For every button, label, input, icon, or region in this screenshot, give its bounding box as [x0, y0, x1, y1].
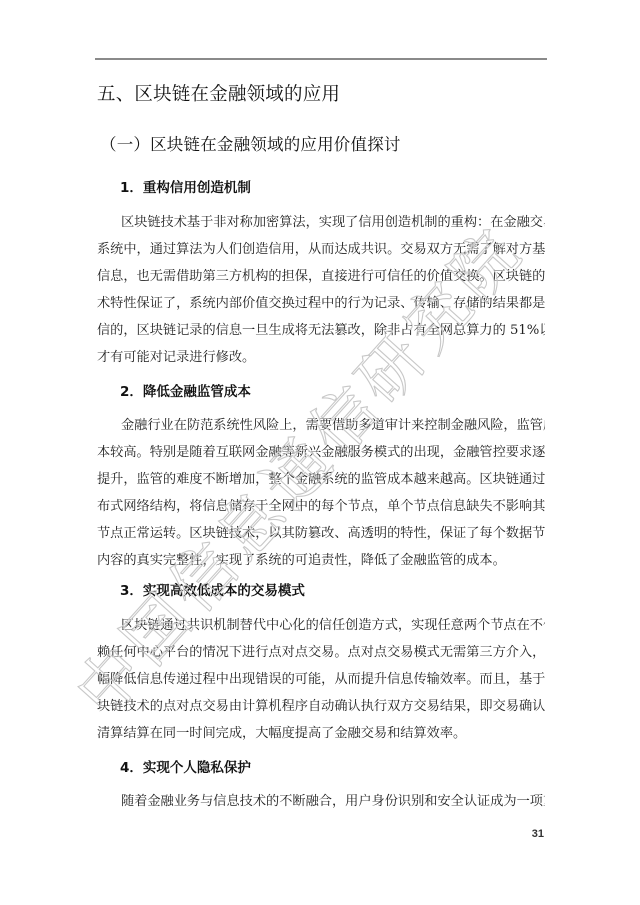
document-page: 五、区块链在金融领域的应用 （一）区块链在金融领域的应用价值探讨 1．重构信用创…	[0, 0, 640, 905]
page-number: 31	[532, 828, 544, 840]
paragraph-line: 块链技术的点对点交易由计算机程序自动确认执行双方交易结果，即交易确认和	[97, 693, 545, 720]
paragraph-1: 区块链技术基于非对称加密算法，实现了信用创造机制的重构：在金融交易 系统中，通过…	[97, 209, 545, 371]
paragraph-4: 随着金融业务与信息技术的不断融合，用户身份识别和安全认证成为一项重	[97, 788, 545, 815]
paragraph-line: 金融行业在防范系统性风险上，需要借助多道审计来控制金融风险，监管成	[97, 412, 545, 439]
paragraph-line: 赖任何中心平台的情况下进行点对点交易。点对点交易模式无需第三方介入，大	[97, 639, 545, 666]
paragraph-line: 信的，区块链记录的信息一旦生成将无法篡改，除非占有全网总算力的 51%以上	[97, 317, 545, 344]
subsection-heading-2: 2．降低金融监管成本	[120, 382, 251, 402]
paragraph-line: 内容的真实完整性，实现了系统的可追责性，降低了金融监管的成本。	[97, 547, 545, 574]
subsection-heading-1: 1．重构信用创造机制	[120, 178, 251, 198]
chapter-title: 五、区块链在金融领域的应用	[97, 83, 340, 107]
paragraph-line: 本较高。特别是随着互联网金融等新兴金融服务模式的出现，金融管控要求逐步	[97, 439, 545, 466]
paragraph-line: 术特性保证了，系统内部价值交换过程中的行为记录、传输、存储的结果都是可	[97, 290, 545, 317]
paragraph-line: 区块链技术基于非对称加密算法，实现了信用创造机制的重构：在金融交易	[97, 209, 545, 236]
paragraph-line: 区块链通过共识机制替代中心化的信任创造方式，实现任意两个节点在不依	[97, 612, 545, 639]
paragraph-line: 幅降低信息传递过程中出现错误的可能，从而提升信息传输效率。而且，基于区	[97, 666, 545, 693]
header-rule	[95, 58, 547, 60]
paragraph-line: 才有可能对记录进行修改。	[97, 344, 545, 371]
paragraph-line: 系统中，通过算法为人们创造信用，从而达成共识。交易双方无需了解对方基本	[97, 236, 545, 263]
paragraph-line: 清算结算在同一时间完成，大幅度提高了金融交易和结算效率。	[97, 720, 545, 747]
paragraph-line: 节点正常运转。区块链技术，以其防篡改、高透明的特性，保证了每个数据节点	[97, 520, 545, 547]
paragraph-2: 金融行业在防范系统性风险上，需要借助多道审计来控制金融风险，监管成 本较高。特别…	[97, 412, 545, 574]
paragraph-3: 区块链通过共识机制替代中心化的信任创造方式，实现任意两个节点在不依 赖任何中心平…	[97, 612, 545, 747]
paragraph-line: 布式网络结构，将信息储存于全网中的每个节点，单个节点信息缺失不影响其余	[97, 493, 545, 520]
section-title: （一）区块链在金融领域的应用价值探讨	[100, 134, 401, 156]
subsection-heading-3: 3．实现高效低成本的交易模式	[120, 581, 305, 601]
paragraph-line: 随着金融业务与信息技术的不断融合，用户身份识别和安全认证成为一项重	[97, 788, 545, 815]
paragraph-line: 提升，监管的难度不断增加，整个金融系统的监管成本越来越高。区块链通过分	[97, 466, 545, 493]
subsection-heading-4: 4．实现个人隐私保护	[120, 758, 251, 778]
paragraph-line: 信息，也无需借助第三方机构的担保，直接进行可信任的价值交换。区块链的技	[97, 263, 545, 290]
